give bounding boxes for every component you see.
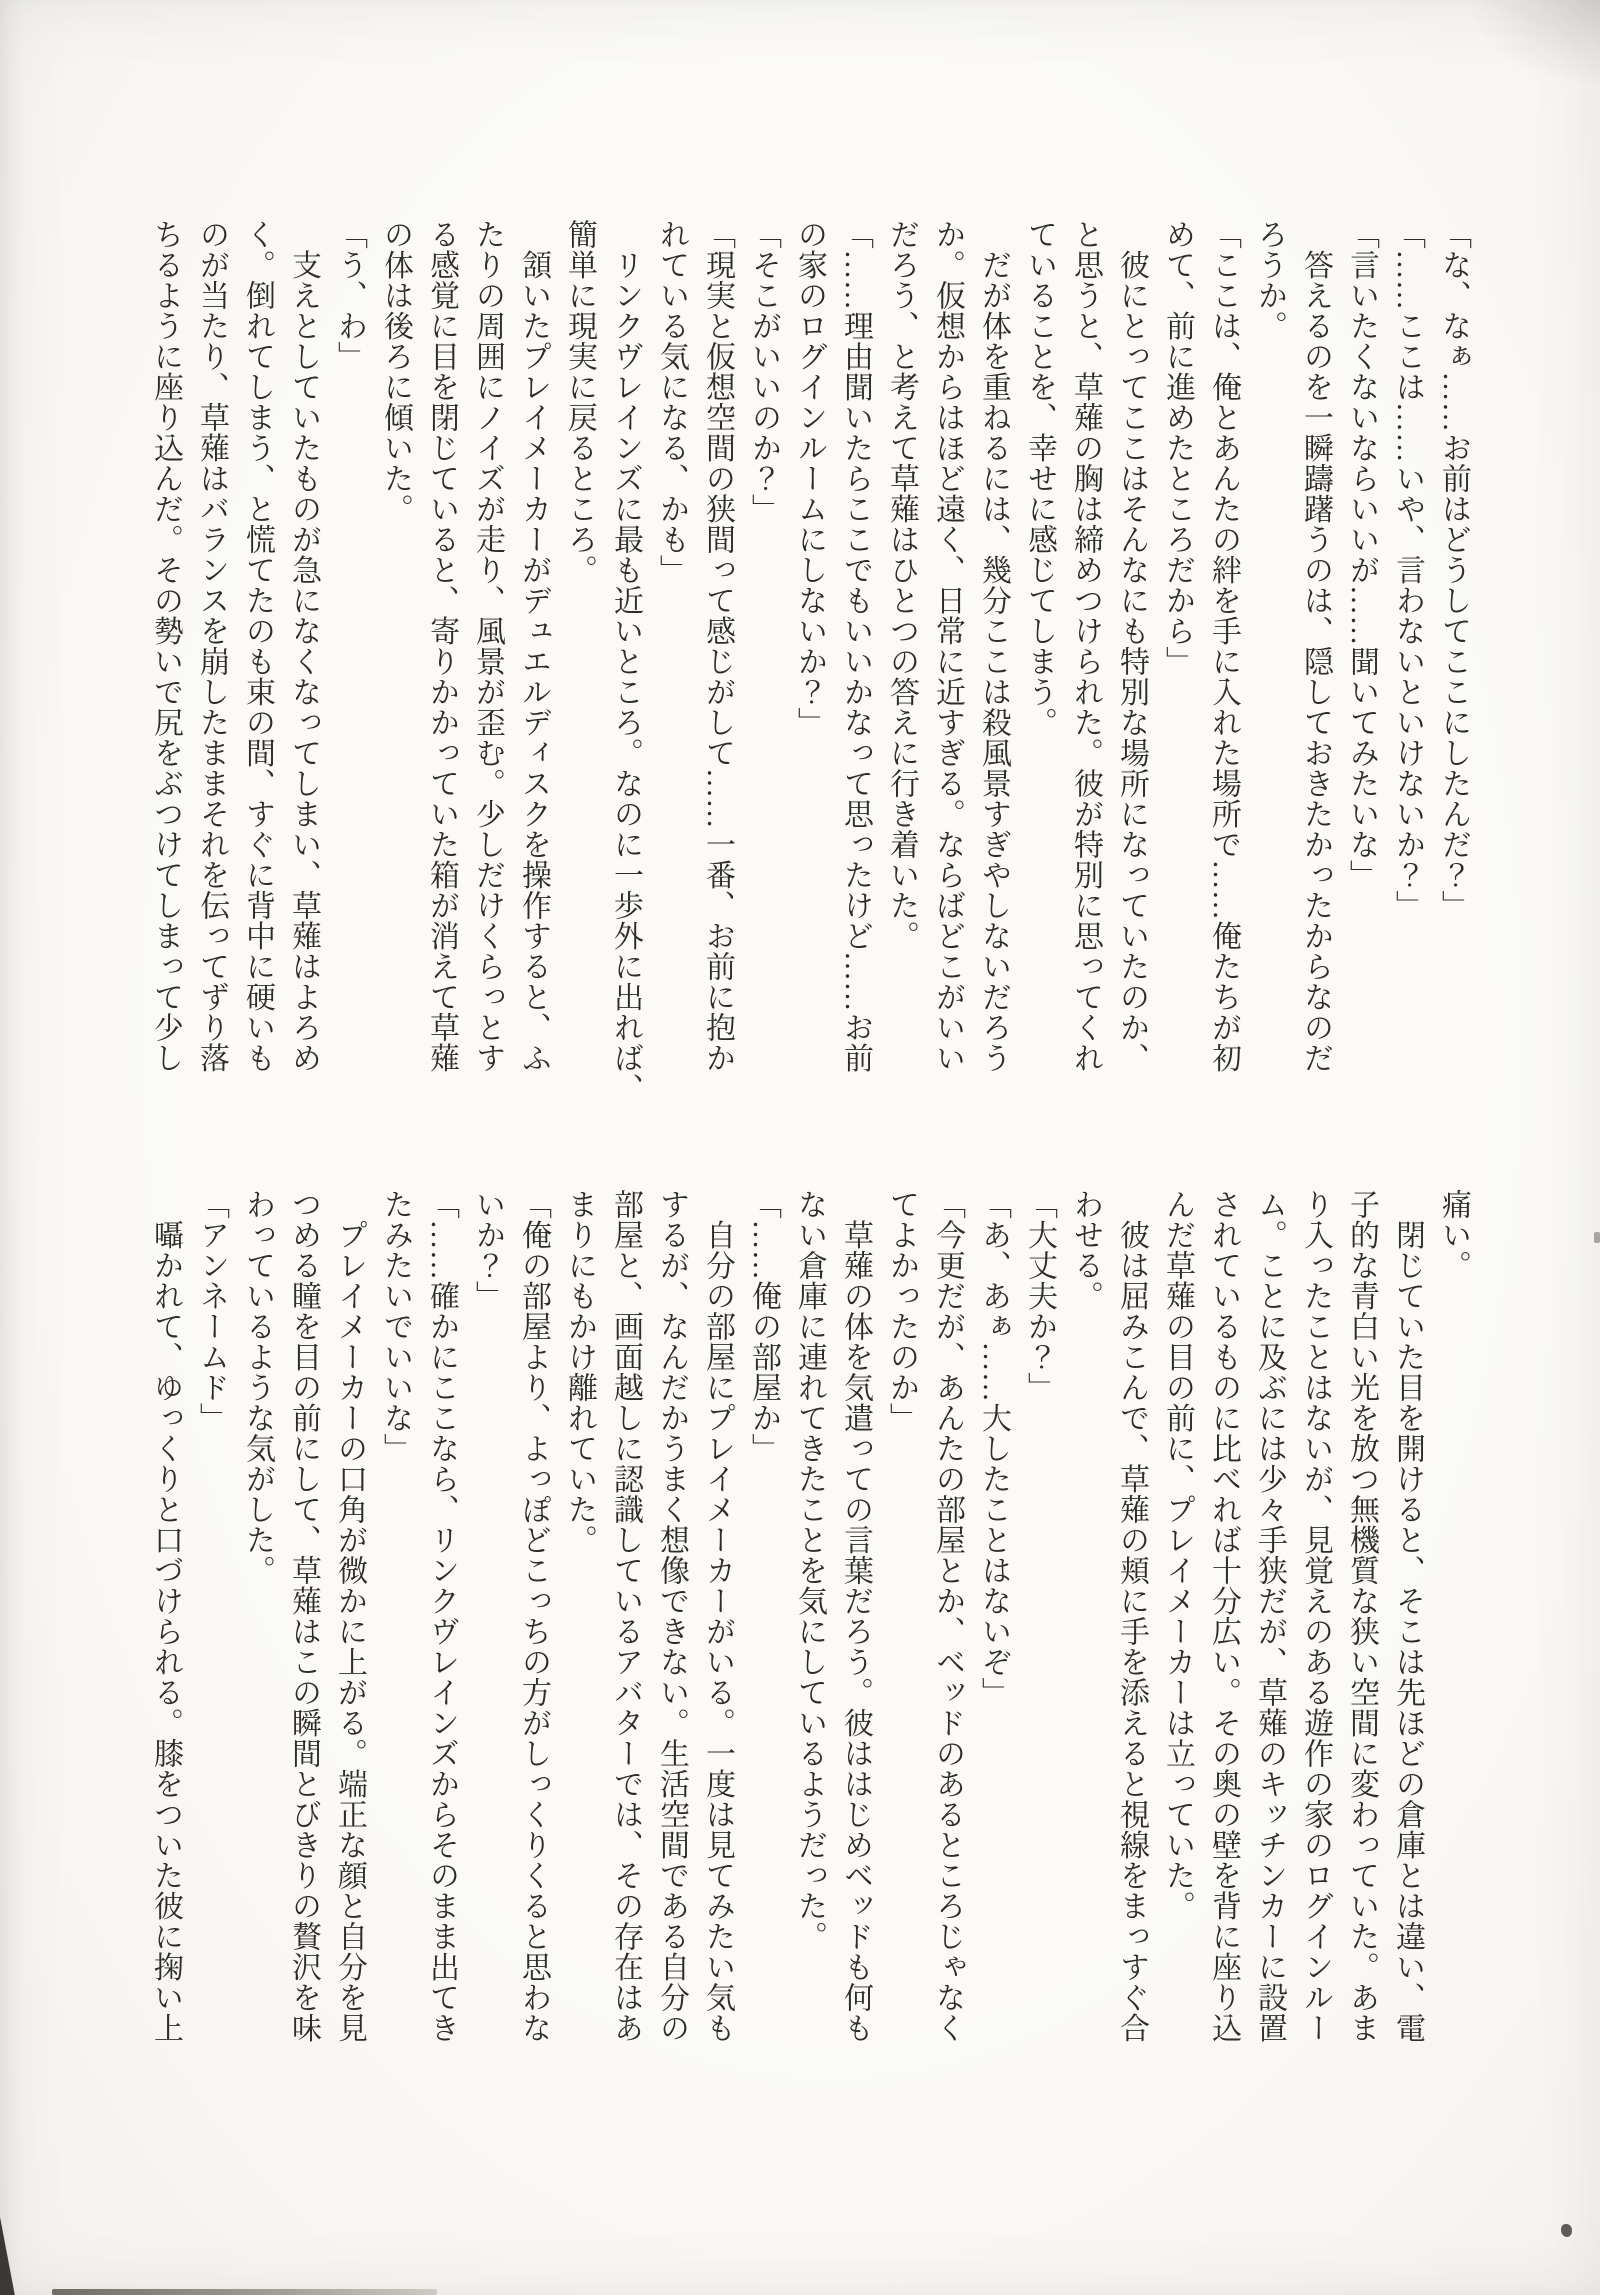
vertical-text-line: 頷いたプレイメーカーがデュエルディスクを操作すると、ふ	[510, 219, 556, 1124]
vertical-text-line: するが、なんだかうまく想像できない。生活空間である自分の	[648, 1189, 694, 2094]
vertical-text-line: 「今更だが、あんたの部屋とか、ベッドのあるところじゃなく	[924, 1189, 970, 2094]
vertical-text-line: わっているような気がした。	[234, 1189, 280, 2094]
vertical-text-line: 「アンネームド」	[188, 1189, 234, 2094]
scan-shadow-top-right	[1450, 0, 1600, 100]
vertical-text-line: 「……俺の部屋か」	[740, 1189, 786, 2094]
vertical-text-line: く。倒れてしまう、と慌てたのも束の間、すぐに背中に硬いも	[234, 219, 280, 1124]
vertical-text-line: ろうか。	[1246, 219, 1292, 1124]
vertical-text-line: 痛い。	[1430, 1189, 1476, 2094]
vertical-text-line: ない倉庫に連れてきたことを気にしているようだった。	[786, 1189, 832, 2094]
vertical-text-line: 「俺の部屋より、よっぽどこっちの方がしっくりくると思わな	[510, 1189, 556, 2094]
vertical-text-line: 子的な青白い光を放つ無機質な狭い空間に変わっていた。あま	[1338, 1189, 1384, 2094]
scan-speck-bottom-right	[1561, 2224, 1572, 2237]
vertical-text-line: のが当たり、草薙はバランスを崩したままそれを伝ってずり落	[188, 219, 234, 1124]
vertical-text-line: んだ草薙の目の前に、プレイメーカーは立っていた。	[1154, 1189, 1200, 2094]
vertical-text-block-lower: 痛い。 閉じていた目を開けると、そこは先ほどの倉庫とは違い、電子的な青白い光を放…	[142, 1189, 1476, 2094]
vertical-text-block-upper: 「な、なぁ……お前はどうしてここにしたんだ？」「……ここは……いや、言わないとい…	[142, 219, 1476, 1124]
scanned-novel-page: 「な、なぁ……お前はどうしてここにしたんだ？」「……ここは……いや、言わないとい…	[0, 0, 1600, 2295]
vertical-text-line: の体は後ろに傾いた。	[372, 219, 418, 1124]
vertical-text-line: る感覚に目を閉じていると、寄りかかっていた箱が消えて草薙	[418, 219, 464, 1124]
vertical-text-line: まりにもかけ離れていた。	[556, 1189, 602, 2094]
vertical-text-line: 支えとしていたものが急になくなってしまい、草薙はよろめ	[280, 219, 326, 1124]
scan-edge-line	[52, 2289, 437, 2295]
vertical-text-line: と思うと、草薙の胸は締めつけられた。彼が特別に思ってくれ	[1062, 219, 1108, 1124]
vertical-text-line: ちるように座り込んだ。その勢いで尻をぶつけてしまって少し	[142, 219, 188, 1124]
vertical-text-line: わせる。	[1062, 1189, 1108, 2094]
vertical-text-line: 「……ここは……いや、言わないといけないか？」	[1384, 219, 1430, 1124]
vertical-text-line: だが体を重ねるには、幾分ここは殺風景すぎやしないだろう	[970, 219, 1016, 1124]
vertical-text-line: 「あ、あぁ……大したことはないぞ」	[970, 1189, 1016, 2094]
scan-speck-right-edge	[1594, 1232, 1600, 1243]
vertical-text-line: いか？」	[464, 1189, 510, 2094]
vertical-text-line: 彼にとってここはそんなにも特別な場所になっていたのか、	[1108, 219, 1154, 1124]
vertical-text-line: プレイメーカーの口角が微かに上がる。端正な顔と自分を見	[326, 1189, 372, 2094]
vertical-text-line: の家のログインルームにしないか？」	[786, 219, 832, 1124]
vertical-text-line: か。仮想からはほど遠く、日常に近すぎる。ならばどこがいい	[924, 219, 970, 1124]
vertical-text-line: 自分の部屋にプレイメーカーがいる。一度は見てみたい気も	[694, 1189, 740, 2094]
vertical-text-line: 「……確かにここなら、リンクヴレインズからそのまま出てき	[418, 1189, 464, 2094]
vertical-text-line: 答えるのを一瞬躊躇うのは、隠しておきたかったからなのだ	[1292, 219, 1338, 1124]
vertical-text-line: リンクヴレインズに最も近いところ。なのに一歩外に出れば、	[602, 219, 648, 1124]
vertical-text-line: ていることを、幸せに感じてしまう。	[1016, 219, 1062, 1124]
vertical-text-line: 「現実と仮想空間の狭間って感じがして……一番、お前に抱か	[694, 219, 740, 1124]
vertical-text-line: り入ったことはないが、見覚えのある遊作の家のログインルー	[1292, 1189, 1338, 2094]
vertical-text-line: 部屋と、画面越しに認識しているアバターでは、その存在はあ	[602, 1189, 648, 2094]
vertical-text-line: 草薙の体を気遣っての言葉だろう。彼ははじめベッドも何も	[832, 1189, 878, 2094]
vertical-text-line: たみたいでいいな」	[372, 1189, 418, 2094]
vertical-text-line: てよかったのか」	[878, 1189, 924, 2094]
scan-edge-wedge-icon	[0, 2217, 74, 2295]
vertical-text-line: 「う、わ」	[326, 219, 372, 1124]
vertical-text-line: 閉じていた目を開けると、そこは先ほどの倉庫とは違い、電	[1384, 1189, 1430, 2094]
vertical-text-line: 彼は屈みこんで、草薙の頬に手を添えると視線をまっすぐ合	[1108, 1189, 1154, 2094]
vertical-text-line: されているものに比べれば十分広い。その奥の壁を背に座り込	[1200, 1189, 1246, 2094]
vertical-text-line: ム。ことに及ぶには少々手狭だが、草薙のキッチンカーに設置	[1246, 1189, 1292, 2094]
vertical-text-line: つめる瞳を目の前にして、草薙はこの瞬間とびきりの贅沢を味	[280, 1189, 326, 2094]
vertical-text-line: 「ここは、俺とあんたの絆を手に入れた場所で……俺たちが初	[1200, 219, 1246, 1124]
vertical-text-line: 「言いたくないならいいが……聞いてみたいな」	[1338, 219, 1384, 1124]
vertical-text-line: 簡単に現実に戻るところ。	[556, 219, 602, 1124]
vertical-text-line: れている気になる、かも」	[648, 219, 694, 1124]
vertical-text-line: たりの周囲にノイズが走り、風景が歪む。少しだけくらっとす	[464, 219, 510, 1124]
vertical-text-line: だろう、と考えて草薙はひとつの答えに行き着いた。	[878, 219, 924, 1124]
vertical-text-line: 「な、なぁ……お前はどうしてここにしたんだ？」	[1430, 219, 1476, 1124]
vertical-text-line: 囁かれて、ゆっくりと口づけられる。膝をついた彼に掬い上	[142, 1189, 188, 2094]
vertical-text-line: めて、前に進めたところだから」	[1154, 219, 1200, 1124]
vertical-text-line: 「……理由聞いたらここでもいいかなって思ったけど……お前	[832, 219, 878, 1124]
vertical-text-line: 「大丈夫か？」	[1016, 1189, 1062, 2094]
vertical-text-line: 「そこがいいのか？」	[740, 219, 786, 1124]
